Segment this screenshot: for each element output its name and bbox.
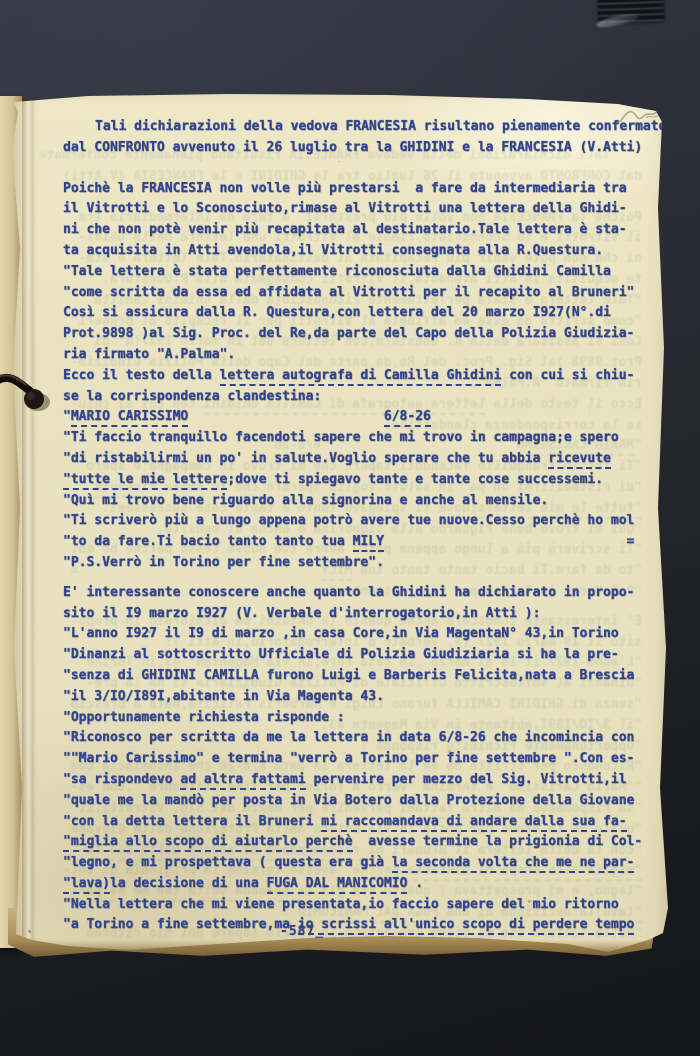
typewritten-text: Tali dichiarazioni della vedova FRANCESI… [63, 117, 663, 936]
text-line: "come scritta da essa ed affidata al Vit… [63, 283, 663, 304]
text-line: "P.S.Verrò in Torino per fine settembre"… [63, 553, 663, 574]
text-line: dal CONFRONTO avvenuto il 26 luglio tra … [63, 138, 663, 159]
text-line: "legno, e mi prospettava ( questa era gi… [63, 853, 663, 874]
fold-crease [22, 88, 36, 956]
text-line: Così si assicura dalla R. Questura,con l… [63, 303, 663, 324]
age-specks [28, 930, 31, 933]
text-line: Prot.9898 )al Sig. Proc. del Re,da parte… [63, 324, 663, 345]
text-line: "Dinanzi al sottoscritto Ufficiale di Po… [63, 645, 663, 666]
text-line: "quale me la mandò per posta in Via Bote… [63, 791, 663, 812]
text-line: Poichè la FRANCESIA non volle più presta… [63, 179, 663, 200]
text-line: "a Torino a fine settembre,ma io scrissi… [63, 915, 663, 936]
photo-background: Tali dichiarazioni della vedova FRANCESI… [0, 0, 700, 1056]
text-line: il Vitrotti e lo Sconosciuto,rimase al V… [63, 199, 663, 220]
text-line: "Quì mi trovo bene riguardo alla signori… [63, 491, 663, 512]
text-line: se la corrispondenza clandestina: [63, 387, 663, 408]
text-line: "il 3/IO/I89I,abitante in Via Magenta 43… [63, 687, 663, 708]
text-line: ta acquisita in Atti avendola,il Vitrott… [63, 241, 663, 262]
text-line: "MARIO CARISSIMO 6/8-26 [63, 407, 663, 428]
text-line: "con la detta lettera il Bruneri mi racc… [63, 812, 663, 833]
text-line: "miglia allo scopo di aiutarlo perchè av… [63, 832, 663, 853]
text-line: ria firmato "A.Palma". [63, 345, 663, 366]
text-line: "di ristabilirmi un po' in salute.Voglio… [63, 449, 663, 470]
text-line: E' interessante conoscere anche quanto l… [63, 583, 663, 604]
text-line: "Nella lettera che mi viene presentata,i… [63, 895, 663, 916]
text-line: "Opportunamente richiesta risponde : [63, 708, 663, 729]
text-line: "to da fare.Ti bacio tanto tanto tua MIL… [63, 532, 663, 553]
text-line: "Ti faccio tranquillo facendoti sapere c… [63, 428, 663, 449]
text-line: "L'anno I927 il I9 di marzo ,in casa Cor… [63, 624, 663, 645]
text-line: "Riconosco per scritta da me la lettera … [63, 728, 663, 749]
text-line: ni che non potè venir più recapitata al … [63, 220, 663, 241]
text-line: Ecco il testo della lettera autografa di… [63, 366, 663, 387]
text-line: ""Mario Carissimo" e termina "verrò a To… [63, 749, 663, 770]
text-line: "sa rispondevo ad altra fattami pervenir… [63, 770, 663, 791]
text-line: Tali dichiarazioni della vedova FRANCESI… [63, 117, 663, 138]
text-line: "tutte le mie lettere;dove ti spiegavo t… [63, 470, 663, 491]
page-number: -587_ [280, 924, 324, 939]
text-line: "Ti scriverò più a lungo appena potrò av… [63, 511, 663, 532]
document-page: Tali dichiarazioni della vedova FRANCESI… [8, 88, 672, 956]
text-line: "lava)la decisione di una FUGA DAL MANIC… [63, 874, 663, 895]
text-line: "Tale lettera è stata perfettamente rico… [63, 262, 663, 283]
text-line: sito il I9 marzo I927 (V. Verbale d'inte… [63, 604, 663, 625]
text-line: "senza di GHIDINI CAMILLA furono Luigi e… [63, 666, 663, 687]
binding-cord [0, 362, 62, 424]
